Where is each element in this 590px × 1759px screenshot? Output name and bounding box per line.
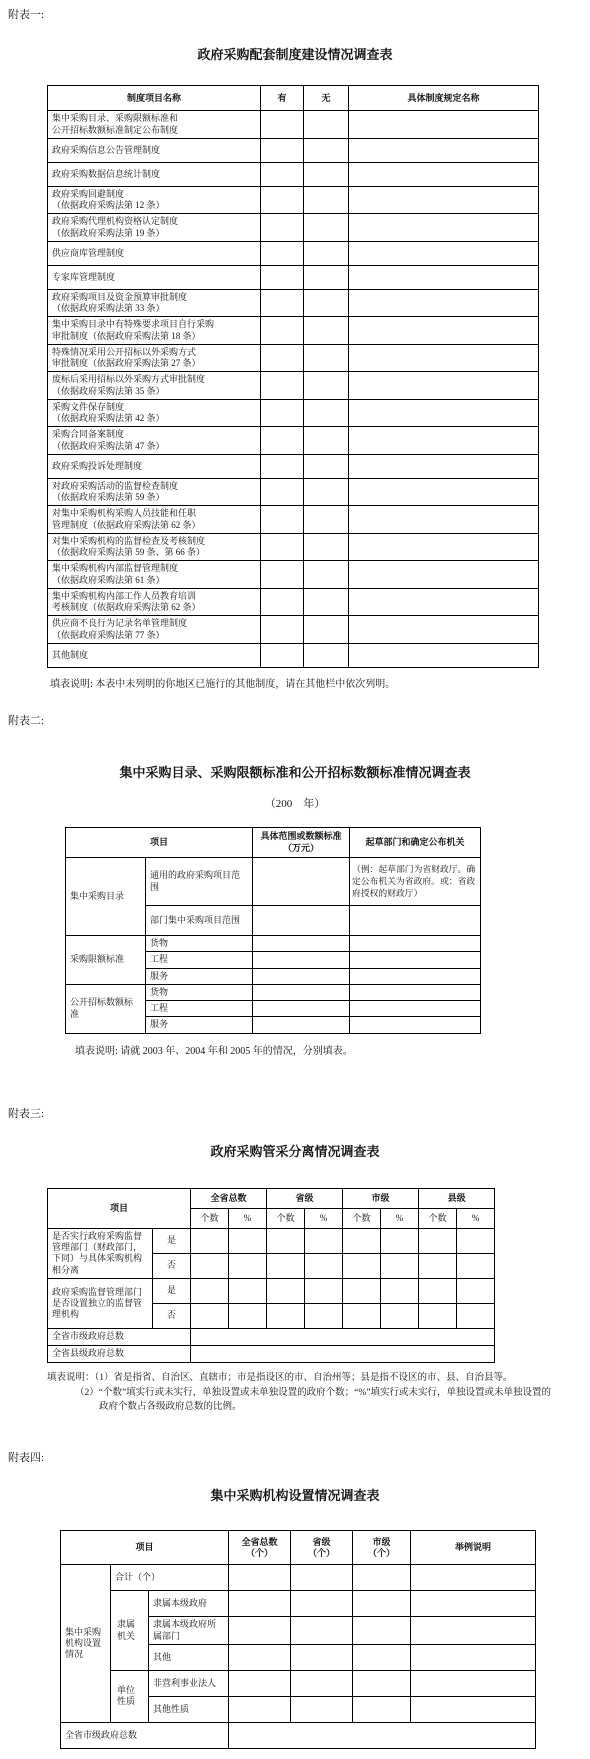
table-row: 政府采购监督管理部门是否设置独立的监督管理机构是	[48, 1278, 495, 1303]
has-cell	[261, 427, 304, 455]
regulation-name-cell	[349, 533, 539, 561]
regulation-name-cell	[349, 643, 539, 667]
group-label-cell: 集中采购目录	[66, 858, 146, 936]
appendix4-section: 附表四: 集中采购机构设置情况调查表 项目全省总数 （个）省级 （个）市级 （个…	[0, 1415, 590, 1749]
appendix3-section: 附表三: 政府采购管采分离情况调查表 项目全省总数省级市级县级 个数%个数%个数…	[0, 1059, 590, 1415]
has-cell	[261, 643, 304, 667]
column-header: 举例说明	[411, 1531, 536, 1565]
regulation-name-cell	[349, 372, 539, 400]
value-cell	[229, 1591, 291, 1617]
total-label-cell: 全省县级政府总数	[48, 1345, 191, 1362]
sub-header: %	[381, 1208, 419, 1228]
percent-cell	[457, 1253, 495, 1278]
table-row: 其他制度	[48, 643, 539, 667]
project-header: 项目	[66, 828, 253, 858]
scope-value-cell	[253, 1017, 350, 1033]
table-row: 采购合同备案制度 （依据政府采购法第 47 条）	[48, 427, 539, 455]
value-cell	[229, 1617, 291, 1645]
regulation-name-cell	[349, 454, 539, 478]
count-cell	[343, 1303, 381, 1328]
has-cell	[261, 372, 304, 400]
value-cell	[411, 1696, 536, 1722]
table-row: 公开招标数额标准货物	[66, 984, 481, 1000]
total-label-cell: 全省市级政府总数	[48, 1328, 191, 1345]
percent-cell	[229, 1303, 267, 1328]
system-name-cell: 其他制度	[48, 643, 261, 667]
has-not-cell	[304, 289, 349, 317]
system-name-cell: 集中采购目录、采购限额标准和 公开招标数额标准制定公布制度	[48, 111, 261, 139]
value-cell	[411, 1670, 536, 1696]
agency-setup-table: 项目全省总数 （个）省级 （个）市级 （个）举例说明 集中采购机构设置情况合计（…	[60, 1530, 536, 1749]
system-name-cell: 政府采购信息公告管理制度	[48, 138, 261, 162]
table-row: 全省市级政府总数	[61, 1722, 536, 1748]
has-not-cell	[304, 372, 349, 400]
supporting-systems-table: 制度项目名称有无具体制度规定名称 集中采购目录、采购限额标准和 公开招标数额标准…	[47, 85, 539, 668]
column-header: 全省总数 （个）	[229, 1531, 291, 1565]
regulation-name-cell	[349, 344, 539, 372]
scope-value-cell	[253, 936, 350, 952]
column-header: 具体制度规定名称	[349, 86, 539, 111]
question-label-cell: 是否实行政府采购监督管理部门（财政部门，下同）与具体采购机构相分离	[48, 1228, 153, 1278]
has-not-cell	[304, 454, 349, 478]
value-cell	[411, 1617, 536, 1645]
item-label-cell: 货物	[146, 984, 253, 1000]
header-row: 项目全省总数 （个）省级 （个）市级 （个）举例说明	[61, 1531, 536, 1565]
system-name-cell: 对集中采购机构采购人员技能和任职 管理制度（依据政府采购法第 62 条）	[48, 506, 261, 534]
regulation-name-cell	[349, 506, 539, 534]
value-cell	[353, 1617, 411, 1645]
table-row: 政府采购数据信息统计制度	[48, 162, 539, 186]
count-cell	[267, 1228, 305, 1253]
total-count-label-cell: 合计（个）	[111, 1565, 229, 1591]
appendix4-title: 集中采购机构设置情况调查表	[0, 1485, 590, 1504]
regulation-name-cell	[349, 399, 539, 427]
org-value-cell	[350, 1017, 481, 1033]
regulation-name-cell	[349, 289, 539, 317]
appendix2-title: 集中采购目录、采购限额标准和公开招标数额标准情况调查表	[0, 762, 590, 781]
table-row: 对政府采购活动的监督检查制度 （依据政府采购法第 59 条）	[48, 478, 539, 506]
percent-cell	[305, 1253, 343, 1278]
value-cell	[353, 1696, 411, 1722]
note-line: 填表说明：（1）省是指省、自治区、直辖市；市是指设区的市、自治州等；县是指不设区…	[47, 1371, 590, 1386]
column-header: 制度项目名称	[48, 86, 261, 111]
item-label-cell: 隶属本级政府所属部门	[149, 1617, 229, 1645]
percent-cell	[381, 1303, 419, 1328]
group-label-cell: 单位性质	[111, 1670, 149, 1722]
has-not-cell	[304, 265, 349, 289]
item-label-cell: 隶属本级政府	[149, 1591, 229, 1617]
spacer	[0, 692, 590, 714]
has-not-cell	[304, 506, 349, 534]
spacer	[0, 1465, 590, 1485]
value-cell	[291, 1617, 353, 1645]
sub-header: 个数	[191, 1208, 229, 1228]
regulation-name-cell	[349, 265, 539, 289]
has-not-cell	[304, 427, 349, 455]
percent-cell	[381, 1278, 419, 1303]
table-row: 政府采购回避制度 （依据政府采购法第 12 条）	[48, 186, 539, 214]
appendix1-section: 附表一: 政府采购配套制度建设情况调查表 制度项目名称有无具体制度规定名称 集中…	[0, 8, 590, 692]
table-row: 是否实行政府采购监督管理部门（财政部门，下同）与具体采购机构相分离是	[48, 1228, 495, 1253]
sub-header: %	[229, 1208, 267, 1228]
sub-header: 个数	[343, 1208, 381, 1228]
has-not-cell	[304, 478, 349, 506]
item-label-cell: 工程	[146, 952, 253, 968]
has-cell	[261, 214, 304, 242]
system-name-cell: 政府采购数据信息统计制度	[48, 162, 261, 186]
has-cell	[261, 399, 304, 427]
percent-cell	[229, 1278, 267, 1303]
regulation-name-cell	[349, 186, 539, 214]
option-cell: 否	[153, 1303, 191, 1328]
scope-value-cell	[253, 984, 350, 1000]
regulation-name-cell	[349, 214, 539, 242]
scope-header: 具体范围或数额标准 （万元）	[253, 828, 350, 858]
system-name-cell: 政府采购回避制度 （依据政府采购法第 12 条）	[48, 186, 261, 214]
item-label-cell: 货物	[146, 936, 253, 952]
level-header: 市级	[343, 1188, 419, 1208]
has-cell	[261, 561, 304, 589]
table-row: 单位性质非营利事业法人	[61, 1670, 536, 1696]
table-row: 政府采购信息公告管理制度	[48, 138, 539, 162]
value-cell	[229, 1696, 291, 1722]
system-name-cell: 政府采购投诉处理制度	[48, 454, 261, 478]
spacer	[0, 1059, 590, 1107]
system-name-cell: 采购合同备案制度 （依据政府采购法第 47 条）	[48, 427, 261, 455]
has-not-cell	[304, 317, 349, 345]
sub-header: %	[457, 1208, 495, 1228]
regulation-name-cell	[349, 478, 539, 506]
note-line: 政府个数占各级政府总数的比例。	[47, 1400, 590, 1415]
header-row: 制度项目名称有无具体制度规定名称	[48, 86, 539, 111]
value-cell	[353, 1565, 411, 1591]
appendix2-subtitle: （200 年）	[0, 795, 590, 811]
has-not-cell	[304, 138, 349, 162]
has-cell	[261, 454, 304, 478]
org-example-cell: （例：起草部门为省财政厅。确 定公布机关为省政府。或：省政 府授权的财政厅）	[350, 858, 481, 906]
has-not-cell	[304, 111, 349, 139]
percent-cell	[457, 1303, 495, 1328]
system-name-cell: 集中采购机构内部工作人员教育培训 考核制度（依据政府采购法第 62 条）	[48, 588, 261, 616]
system-name-cell: 集中采购机构内部监督管理制度 （依据政府采购法第 61 条）	[48, 561, 261, 589]
org-value-cell	[350, 906, 481, 936]
option-cell: 是	[153, 1278, 191, 1303]
header-row-levels: 项目全省总数省级市级县级	[48, 1188, 495, 1208]
header-row: 项目具体范围或数额标准 （万元）起草部门和确定公布机关	[66, 828, 481, 858]
system-name-cell: 政府采购代理机构资格认定制度 （依据政府采购法第 19 条）	[48, 214, 261, 242]
system-name-cell: 政府采购项目及资金预算审批制度 （依据政府采购法第 33 条）	[48, 289, 261, 317]
column-header: 市级 （个）	[353, 1531, 411, 1565]
org-value-cell	[350, 952, 481, 968]
has-not-cell	[304, 588, 349, 616]
table-row: 特殊情况采用公开招标以外采购方式 审批制度（依据政府采购法第 27 条）	[48, 344, 539, 372]
count-cell	[419, 1278, 457, 1303]
count-cell	[191, 1278, 229, 1303]
catalog-standards-table: 项目具体范围或数额标准 （万元）起草部门和确定公布机关 集中采购目录通用的政府采…	[65, 827, 481, 1034]
option-cell: 否	[153, 1253, 191, 1278]
value-cell	[411, 1565, 536, 1591]
has-cell	[261, 265, 304, 289]
item-label-cell: 服务	[146, 968, 253, 984]
percent-cell	[305, 1228, 343, 1253]
item-label-cell: 通用的政府采购项目范围	[146, 858, 253, 906]
value-cell	[353, 1591, 411, 1617]
regulation-name-cell	[349, 138, 539, 162]
item-label-cell: 其他性质	[149, 1696, 229, 1722]
count-cell	[191, 1303, 229, 1328]
scope-value-cell	[253, 1001, 350, 1017]
percent-cell	[457, 1228, 495, 1253]
has-not-cell	[304, 616, 349, 644]
spacer	[0, 1121, 590, 1141]
system-name-cell: 对集中采购机构的监督检查及考核制度 （依据政府采购法第 59 条、第 66 条）	[48, 533, 261, 561]
table-row: 政府采购投诉处理制度	[48, 454, 539, 478]
has-cell	[261, 533, 304, 561]
spacer	[0, 1415, 590, 1451]
has-cell	[261, 588, 304, 616]
project-header: 项目	[61, 1531, 229, 1565]
regulation-name-cell	[349, 427, 539, 455]
column-header: 有	[261, 86, 304, 111]
count-cell	[419, 1228, 457, 1253]
table-row: 供应商库管理制度	[48, 241, 539, 265]
table-row: 废标后采用招标以外采购方式审批制度 （依据政府采购法第 35 条）	[48, 372, 539, 400]
value-cell	[291, 1670, 353, 1696]
appendix1-label: 附表一:	[8, 8, 590, 22]
table-row: 全省市级政府总数	[48, 1328, 495, 1345]
system-name-cell: 特殊情况采用公开招标以外采购方式 审批制度（依据政府采购法第 27 条）	[48, 344, 261, 372]
value-cell	[353, 1644, 411, 1670]
appendix2-label: 附表二:	[8, 714, 590, 728]
item-label-cell: 部门集中采购项目范围	[146, 906, 253, 936]
regulation-name-cell	[349, 616, 539, 644]
has-cell	[261, 111, 304, 139]
count-cell	[191, 1253, 229, 1278]
regulation-name-cell	[349, 317, 539, 345]
has-cell	[261, 162, 304, 186]
separation-survey-table: 项目全省总数省级市级县级 个数%个数%个数%个数% 是否实行政府采购监督管理部门…	[47, 1188, 495, 1363]
appendix1-title: 政府采购配套制度建设情况调查表	[0, 44, 590, 63]
item-label-cell: 服务	[146, 1017, 253, 1033]
bottom-total-value-cell	[229, 1722, 536, 1748]
side-label-cell: 集中采购机构设置情况	[61, 1565, 111, 1723]
question-label-cell: 政府采购监督管理部门是否设置独立的监督管理机构	[48, 1278, 153, 1328]
table-row: 集中采购机构内部监督管理制度 （依据政府采购法第 61 条）	[48, 561, 539, 589]
value-cell	[291, 1591, 353, 1617]
column-header: 省级 （个）	[291, 1531, 353, 1565]
table-row: 全省县级政府总数	[48, 1345, 495, 1362]
count-cell	[191, 1228, 229, 1253]
option-cell: 是	[153, 1228, 191, 1253]
system-name-cell: 废标后采用招标以外采购方式审批制度 （依据政府采购法第 35 条）	[48, 372, 261, 400]
scope-value-cell	[253, 906, 350, 936]
level-header: 县级	[419, 1188, 495, 1208]
sub-header: 个数	[267, 1208, 305, 1228]
sub-header: %	[305, 1208, 343, 1228]
appendix3-label: 附表三:	[8, 1107, 590, 1121]
document-page: 附表一: 政府采购配套制度建设情况调查表 制度项目名称有无具体制度规定名称 集中…	[0, 0, 590, 1759]
scope-value-cell	[253, 952, 350, 968]
item-label-cell: 非营利事业法人	[149, 1670, 229, 1696]
count-cell	[343, 1228, 381, 1253]
regulation-name-cell	[349, 111, 539, 139]
percent-cell	[229, 1228, 267, 1253]
appendix2-section: 附表二: 集中采购目录、采购限额标准和公开招标数额标准情况调查表 （200 年）…	[0, 692, 590, 1059]
percent-cell	[381, 1253, 419, 1278]
count-cell	[343, 1253, 381, 1278]
column-header: 无	[304, 86, 349, 111]
value-cell	[291, 1696, 353, 1722]
level-header: 省级	[267, 1188, 343, 1208]
table-row: 集中采购目录通用的政府采购项目范围（例：起草部门为省财政厅。确 定公布机关为省政…	[66, 858, 481, 906]
item-label-cell: 其他	[149, 1644, 229, 1670]
table-row: 政府采购代理机构资格认定制度 （依据政府采购法第 19 条）	[48, 214, 539, 242]
group-label-cell: 隶属机关	[111, 1591, 149, 1671]
table-row: 集中采购机构设置情况合计（个）	[61, 1565, 536, 1591]
system-name-cell: 供应商库管理制度	[48, 241, 261, 265]
org-value-cell	[350, 984, 481, 1000]
count-cell	[267, 1278, 305, 1303]
table-row: 集中采购目录中有特殊要求项目自行采购 审批制度（依据政府采购法第 18 条）	[48, 317, 539, 345]
appendix2-note: 填表说明: 请就 2003 年、2004 年和 2005 年的情况，分别填表。	[75, 1044, 590, 1059]
percent-cell	[305, 1278, 343, 1303]
has-not-cell	[304, 214, 349, 242]
appendix3-notes: 填表说明：（1）省是指省、自治区、直辖市；市是指设区的市、自治州等；县是指不设区…	[47, 1371, 590, 1415]
table-row: 采购文件保存制度 （依据政府采购法第 42 条）	[48, 399, 539, 427]
regulation-name-cell	[349, 241, 539, 265]
table-row: 集中采购机构内部工作人员教育培训 考核制度（依据政府采购法第 62 条）	[48, 588, 539, 616]
has-cell	[261, 241, 304, 265]
appendix4-label: 附表四:	[8, 1451, 590, 1465]
table-row: 供应商不良行为记录名单管理制度 （依据政府采购法第 77 条）	[48, 616, 539, 644]
count-cell	[343, 1278, 381, 1303]
spacer	[0, 728, 590, 762]
org-value-cell	[350, 1001, 481, 1017]
system-name-cell: 专家库管理制度	[48, 265, 261, 289]
org-header: 起草部门和确定公布机关	[350, 828, 481, 858]
appendix3-title: 政府采购管采分离情况调查表	[0, 1141, 590, 1160]
regulation-name-cell	[349, 588, 539, 616]
count-cell	[419, 1303, 457, 1328]
bottom-total-label-cell: 全省市级政府总数	[61, 1722, 229, 1748]
has-cell	[261, 289, 304, 317]
has-not-cell	[304, 344, 349, 372]
note-line: （2）“个数”填实行或未实行，单独设置或未单独设置的政府个数；“%”填实行或未实…	[47, 1386, 590, 1401]
value-cell	[411, 1644, 536, 1670]
system-name-cell: 供应商不良行为记录名单管理制度 （依据政府采购法第 77 条）	[48, 616, 261, 644]
system-name-cell: 采购文件保存制度 （依据政府采购法第 42 条）	[48, 399, 261, 427]
percent-cell	[229, 1253, 267, 1278]
project-header: 项目	[48, 1188, 191, 1228]
count-cell	[267, 1303, 305, 1328]
has-cell	[261, 506, 304, 534]
regulation-name-cell	[349, 561, 539, 589]
value-cell	[229, 1670, 291, 1696]
table-row: 专家库管理制度	[48, 265, 539, 289]
has-not-cell	[304, 533, 349, 561]
has-not-cell	[304, 241, 349, 265]
system-name-cell: 对政府采购活动的监督检查制度 （依据政府采购法第 59 条）	[48, 478, 261, 506]
spacer	[0, 781, 590, 795]
table-row: 政府采购项目及资金预算审批制度 （依据政府采购法第 33 条）	[48, 289, 539, 317]
value-cell	[411, 1591, 536, 1617]
appendix1-note: 填表说明: 本表中未列明的你地区已施行的其他制度，请在其他栏中依次列明。	[50, 677, 590, 692]
count-cell	[267, 1253, 305, 1278]
percent-cell	[457, 1278, 495, 1303]
value-cell	[229, 1565, 291, 1591]
org-value-cell	[350, 936, 481, 952]
org-value-cell	[350, 968, 481, 984]
has-not-cell	[304, 399, 349, 427]
has-not-cell	[304, 162, 349, 186]
percent-cell	[381, 1228, 419, 1253]
table-row: 隶属机关隶属本级政府	[61, 1591, 536, 1617]
value-cell	[353, 1670, 411, 1696]
has-not-cell	[304, 643, 349, 667]
regulation-name-cell	[349, 162, 539, 186]
group-label-cell: 公开招标数额标准	[66, 984, 146, 1033]
count-cell	[419, 1253, 457, 1278]
has-cell	[261, 186, 304, 214]
table-row: 对集中采购机构采购人员技能和任职 管理制度（依据政府采购法第 62 条）	[48, 506, 539, 534]
has-cell	[261, 138, 304, 162]
system-name-cell: 集中采购目录中有特殊要求项目自行采购 审批制度（依据政府采购法第 18 条）	[48, 317, 261, 345]
table-row: 采购限额标准货物	[66, 936, 481, 952]
scope-value-cell	[253, 968, 350, 984]
sub-header: 个数	[419, 1208, 457, 1228]
item-label-cell: 工程	[146, 1001, 253, 1017]
value-cell	[291, 1644, 353, 1670]
table-row: 集中采购目录、采购限额标准和 公开招标数额标准制定公布制度	[48, 111, 539, 139]
total-value-cell	[191, 1345, 495, 1362]
has-not-cell	[304, 186, 349, 214]
spacer	[0, 22, 590, 44]
group-label-cell: 采购限额标准	[66, 936, 146, 985]
level-header: 全省总数	[191, 1188, 267, 1208]
value-cell	[229, 1644, 291, 1670]
has-cell	[261, 344, 304, 372]
has-not-cell	[304, 561, 349, 589]
value-cell	[291, 1565, 353, 1591]
total-value-cell	[191, 1328, 495, 1345]
scope-value-cell	[253, 858, 350, 906]
has-cell	[261, 616, 304, 644]
has-cell	[261, 478, 304, 506]
table-row: 对集中采购机构的监督检查及考核制度 （依据政府采购法第 59 条、第 66 条）	[48, 533, 539, 561]
percent-cell	[305, 1303, 343, 1328]
has-cell	[261, 317, 304, 345]
